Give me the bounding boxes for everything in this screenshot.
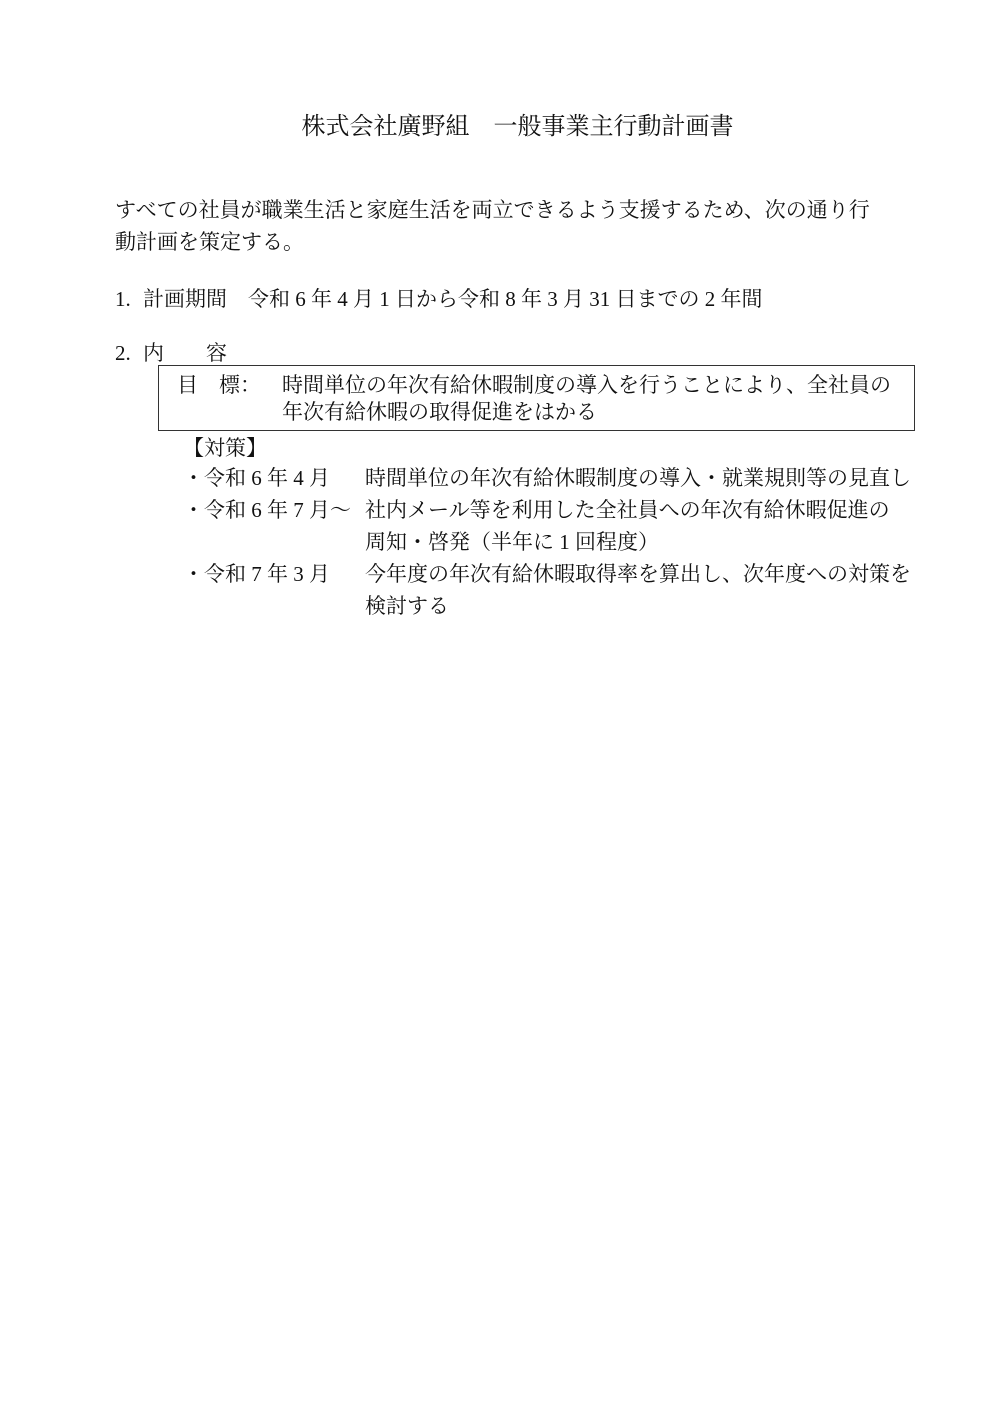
measures-list: ・令和 6 年 4 月 時間単位の年次有給休暇制度の導入・就業規則等の見直し ・… <box>115 462 920 622</box>
measure-row: ・令和 7 年 3 月 今年度の年次有給休暇取得率を算出し、次年度への対策を 検… <box>183 558 920 622</box>
intro-paragraph: すべての社員が職業生活と家庭生活を両立できるよう支援するため、次の通り行 動計画… <box>115 194 920 258</box>
goal-box: 目 標： 時間単位の年次有給休暇制度の導入を行うことにより、全社員の 年次有給休… <box>158 365 915 431</box>
section-content-text: 内 容 <box>143 341 227 365</box>
document-page: 株式会社廣野組 一般事業主行動計画書 すべての社員が職業生活と家庭生活を両立でき… <box>0 0 1000 1414</box>
goal-text: 時間単位の年次有給休暇制度の導入を行うことにより、全社員の 年次有給休暇の取得促… <box>282 372 891 426</box>
section-content: 2. 内 容 <box>115 341 920 365</box>
section-number: 1. <box>115 283 143 315</box>
measures-heading: 【対策】 <box>183 434 920 462</box>
measure-row: ・令和 6 年 7 月～ 社内メール等を利用した全社員への年次有給休暇促進の 周… <box>183 494 920 558</box>
measure-description: 今年度の年次有給休暇取得率を算出し、次年度への対策を 検討する <box>365 558 911 622</box>
goal-label: 目 標： <box>177 372 282 426</box>
section-number: 2. <box>115 341 143 365</box>
page-title: 株式会社廣野組 一般事業主行動計画書 <box>115 112 920 142</box>
measure-date: ・令和 6 年 4 月 <box>183 462 365 494</box>
measure-date: ・令和 7 年 3 月 <box>183 558 365 622</box>
measure-date: ・令和 6 年 7 月～ <box>183 494 365 558</box>
section-plan-period: 1. 計画期間 令和 6 年 4 月 1 日から令和 8 年 3 月 31 日ま… <box>115 283 920 315</box>
measure-description: 時間単位の年次有給休暇制度の導入・就業規則等の見直し <box>365 462 911 494</box>
measure-description: 社内メール等を利用した全社員への年次有給休暇促進の 周知・啓発（半年に 1 回程… <box>365 494 890 558</box>
measure-row: ・令和 6 年 4 月 時間単位の年次有給休暇制度の導入・就業規則等の見直し <box>183 462 920 494</box>
section-plan-period-text: 計画期間 令和 6 年 4 月 1 日から令和 8 年 3 月 31 日までの … <box>143 283 763 315</box>
